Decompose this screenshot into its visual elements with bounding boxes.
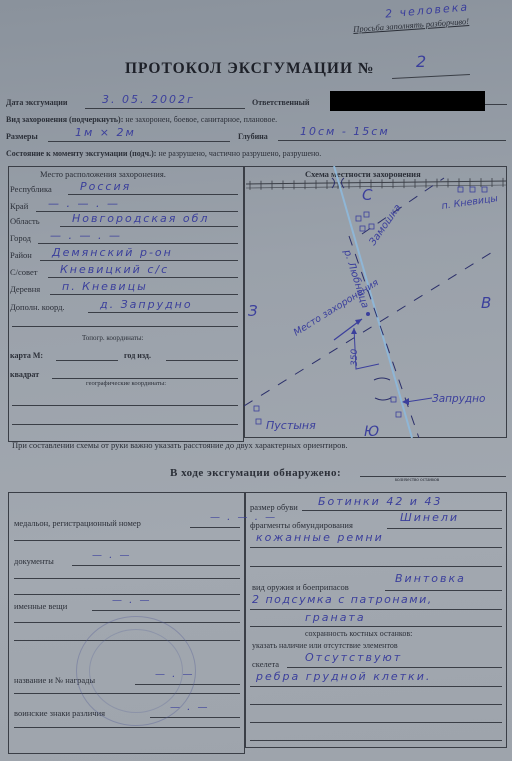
- depth-label: Глубина: [238, 132, 268, 141]
- geo-line-1: [12, 405, 238, 406]
- east-label: В: [481, 294, 491, 312]
- location-label: Деревня: [10, 284, 40, 294]
- skeleton-line-5: [250, 740, 502, 741]
- uniform-label: фрагменты обмундирования: [250, 520, 353, 530]
- zamoshka-label: Замошка: [367, 202, 403, 247]
- year-label: год изд.: [124, 351, 151, 360]
- scanned-form: 2 человека Просьба заполнять разборчиво!…: [0, 0, 512, 761]
- uniform-line-2: [250, 547, 502, 548]
- stamp-seal: [76, 616, 196, 726]
- skeleton-label: скелета: [252, 659, 279, 669]
- protocol-number: 2: [416, 52, 428, 71]
- found-blank-line: [14, 727, 240, 728]
- sizes-line: [48, 141, 230, 142]
- found-heading: В ходе эксгумации обнаружено:: [170, 467, 341, 479]
- found-item-label: воинские знаки различия: [14, 708, 105, 718]
- weapon-line-1: [385, 590, 502, 591]
- zaprudno-label: Запрудно: [432, 393, 485, 405]
- location-value: Новгородская обл: [72, 212, 209, 225]
- uniform-line-3: [250, 566, 502, 567]
- location-label: Республика: [10, 184, 52, 194]
- found-item-line: [72, 565, 240, 566]
- square-label: квадрат: [10, 370, 39, 379]
- skeleton-value-1: Отсутствуют: [305, 651, 402, 664]
- location-line: [48, 277, 238, 278]
- location-line: [88, 312, 238, 313]
- count-line: [360, 476, 506, 477]
- found-item-label: именные вещи: [14, 601, 67, 611]
- found-item-line: [92, 610, 240, 611]
- responsible-line: [485, 104, 507, 105]
- stamp-inner-ring: [89, 629, 183, 713]
- location-label: Область: [10, 216, 40, 226]
- north-label: С: [362, 186, 373, 204]
- skeleton-line-3: [250, 704, 502, 705]
- depth-value: 10см - 15см: [300, 125, 390, 138]
- location-value: Россия: [80, 180, 131, 193]
- location-line: [50, 294, 238, 295]
- location-value: — . — . —: [48, 197, 120, 210]
- shoe-label: размер обуви: [250, 502, 298, 512]
- skeleton-line-4: [250, 722, 502, 723]
- location-label: Город: [10, 233, 31, 243]
- village-kn-label: п. Кневицы: [441, 193, 499, 212]
- scheme-map: С Ю З В п. Кневицы Замошка р. Любница Ме…: [244, 166, 507, 438]
- burial-type-text: Вид захоронения (подчеркнуть): Вид захор…: [6, 115, 277, 124]
- location-line: [38, 243, 238, 244]
- skeleton-value-2: ребра грудной клетки.: [256, 670, 431, 683]
- uniform-line-1: [387, 528, 502, 529]
- state-text: Состояние к моменту эксгумации (подч.): …: [6, 149, 321, 158]
- location-label: Дополн. коорд.: [10, 302, 65, 312]
- distance-label: 350: [350, 349, 360, 366]
- pustynya-label: Пустыня: [266, 419, 316, 432]
- geo-line-2: [12, 424, 238, 425]
- location-label: С/совет: [10, 267, 38, 277]
- sizes-label: Размеры: [6, 132, 38, 141]
- location-value: Демянский р-он: [52, 246, 173, 259]
- responsible-label: Ответственный: [252, 98, 309, 107]
- location-line: [68, 194, 238, 195]
- date-value: 3. 05. 2002г: [102, 93, 195, 106]
- uniform-value-2: кожанные ремни: [256, 531, 384, 544]
- found-item-line: [190, 527, 240, 528]
- found-blank-line: [14, 540, 240, 541]
- location-label: Район: [10, 250, 32, 260]
- bones-heading-1: сохранность костных останков:: [305, 629, 412, 638]
- found-blank-line: [14, 578, 240, 579]
- weapon-line-3: [250, 626, 502, 627]
- date-label: Дата эксгумации: [6, 98, 68, 107]
- location-label: Край: [10, 201, 28, 211]
- redacted-responsible: [330, 91, 485, 111]
- found-item-value: — . —: [92, 550, 132, 561]
- weapon-value-3: граната: [305, 611, 366, 624]
- weapon-line-2: [250, 609, 502, 610]
- page-title: ПРОТОКОЛ ЭКСГУМАЦИИ №: [125, 60, 374, 78]
- map-line: [56, 360, 118, 361]
- location-value: д. Запрудно: [100, 298, 193, 311]
- scheme-note: При составлении схемы от руки важно указ…: [12, 440, 347, 450]
- count-caption: количество останков: [395, 478, 439, 483]
- date-line: [85, 108, 245, 109]
- request-note: Просьба заполнять разборчиво!: [353, 16, 470, 34]
- west-label: З: [248, 302, 258, 320]
- skeleton-line-2: [250, 686, 502, 687]
- location-extra-line: [12, 326, 238, 327]
- geo-heading: географические координаты:: [86, 380, 166, 387]
- location-line: [60, 226, 238, 227]
- found-item-value: — . —: [112, 595, 152, 606]
- location-value: — . — . —: [50, 229, 122, 242]
- south-label: Ю: [364, 424, 379, 438]
- topo-heading: Топогр. координаты:: [82, 334, 144, 342]
- year-line: [166, 360, 238, 361]
- shoe-value: Ботинки 42 и 43: [318, 495, 442, 508]
- uniform-value-1: Шинели: [400, 511, 459, 524]
- depth-line: [278, 140, 506, 141]
- weapon-value-1: Винтовка: [395, 572, 466, 585]
- bones-heading-2: указать наличие или отсутствие элементов: [252, 641, 398, 650]
- location-heading: Место расположения захоронения.: [40, 169, 166, 179]
- map-label: карта М:: [10, 351, 43, 360]
- location-line: [40, 260, 238, 261]
- square-line: [52, 378, 238, 379]
- skeleton-line-1: [287, 667, 502, 668]
- location-value: п. Кневицы: [62, 280, 148, 293]
- location-value: Кневицкий с/с: [60, 263, 169, 276]
- found-item-label: медальон, регистрационный номер: [14, 518, 141, 528]
- weapon-value-2: 2 подсумка с патронами,: [252, 593, 433, 606]
- found-item-label: документы: [14, 556, 54, 566]
- weapon-label: вид оружия и боеприпасов: [252, 582, 349, 592]
- protocol-number-line: [392, 74, 470, 79]
- found-blank-line: [14, 594, 240, 595]
- sizes-value: 1м × 2м: [75, 126, 136, 139]
